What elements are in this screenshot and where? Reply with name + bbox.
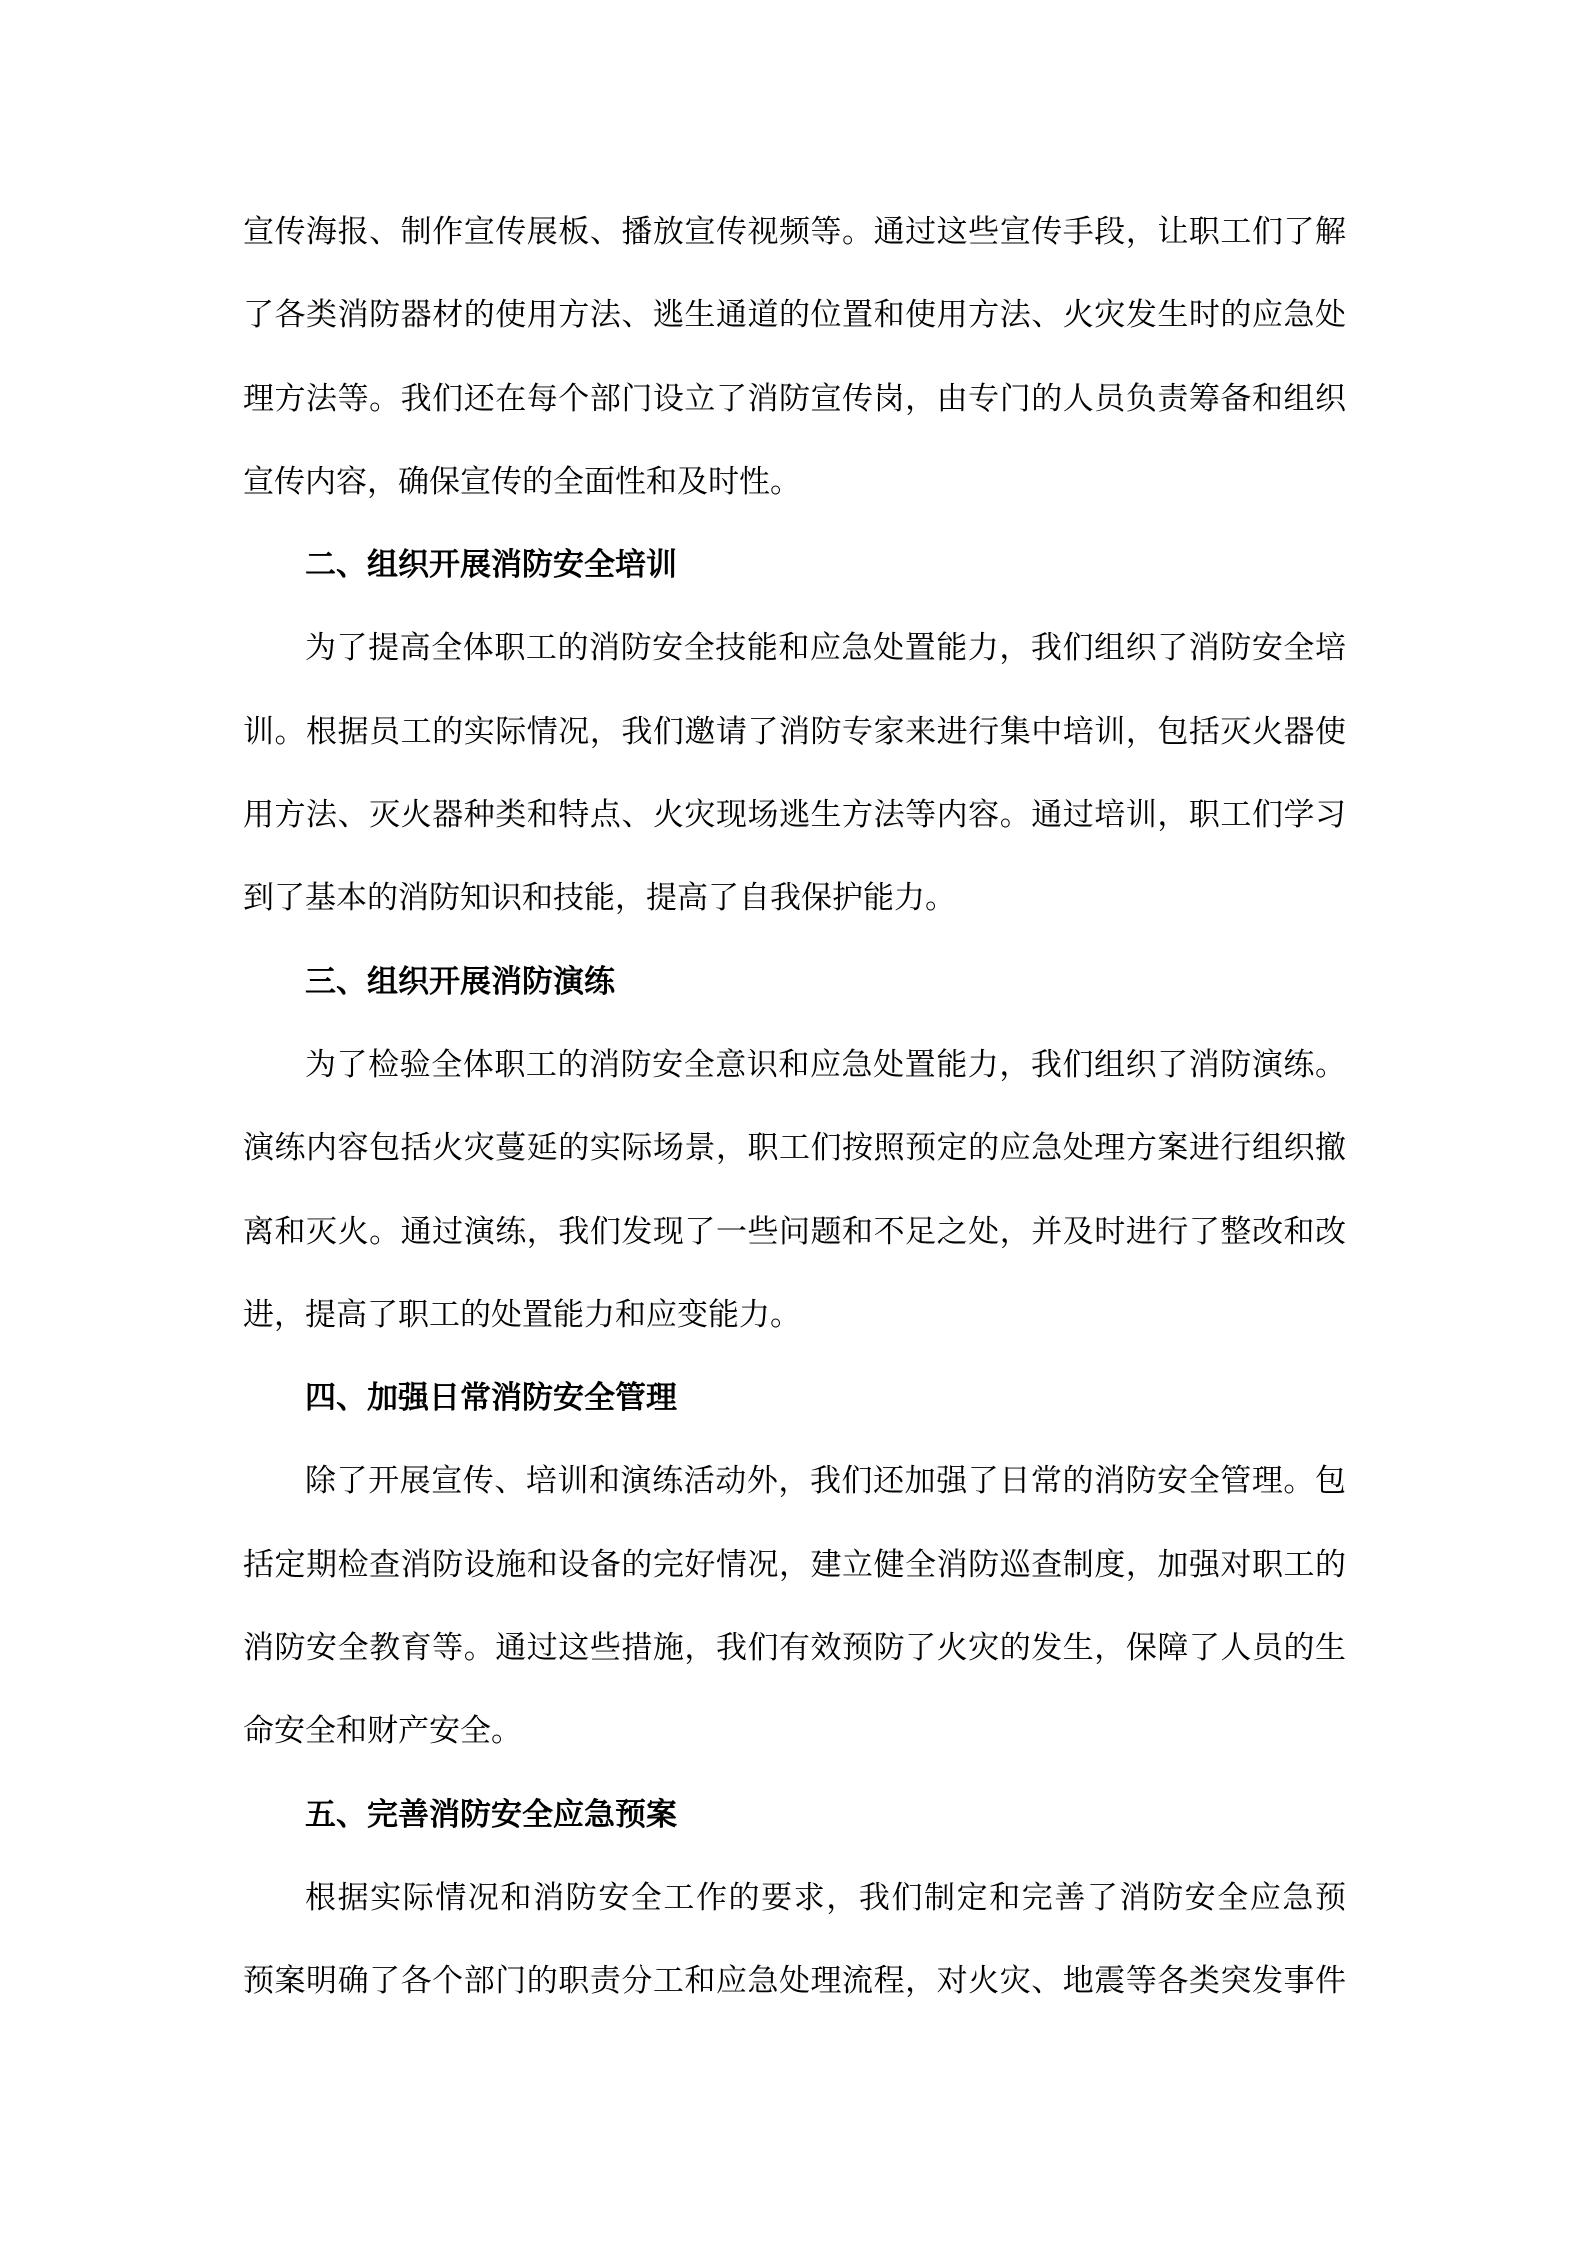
body-text-line: 为了检验全体职工的消防安全意识和应急处置能力，我们组织了消防演练。 bbox=[243, 1023, 1346, 1106]
body-text-line: 根据实际情况和消防安全工作的要求，我们制定和完善了消防安全应急预案。 bbox=[243, 1856, 1346, 1939]
document-text-block: 宣传海报、制作宣传展板、播放宣传视频等。通过这些宣传手段，让职工们了解 了各类消… bbox=[243, 190, 1346, 2023]
section-heading-5: 五、完善消防安全应急预案 bbox=[243, 1773, 1346, 1856]
body-text-line: 除了开展宣传、培训和演练活动外，我们还加强了日常的消防安全管理。包 bbox=[243, 1439, 1346, 1522]
document-page: 宣传海报、制作宣传展板、播放宣传视频等。通过这些宣传手段，让职工们了解 了各类消… bbox=[0, 0, 1587, 2245]
body-text-line: 命安全和财产安全。 bbox=[243, 1689, 1346, 1772]
body-text-line: 宣传内容，确保宣传的全面性和及时性。 bbox=[243, 440, 1346, 523]
body-text-line: 离和灭火。通过演练，我们发现了一些问题和不足之处，并及时进行了整改和改 bbox=[243, 1190, 1346, 1273]
body-text-line: 为了提高全体职工的消防安全技能和应急处置能力，我们组织了消防安全培 bbox=[243, 606, 1346, 689]
body-text-line: 训。根据员工的实际情况，我们邀请了消防专家来进行集中培训，包括灭火器使 bbox=[243, 690, 1346, 773]
body-text-line: 消防安全教育等。通过这些措施，我们有效预防了火灾的发生，保障了人员的生 bbox=[243, 1606, 1346, 1689]
body-text-line: 用方法、灭火器种类和特点、火灾现场逃生方法等内容。通过培训，职工们学习 bbox=[243, 773, 1346, 856]
section-heading-3: 三、组织开展消防演练 bbox=[243, 940, 1346, 1023]
body-text-line: 预案明确了各个部门的职责分工和应急处理流程，对火灾、地震等各类突发事件 bbox=[243, 1939, 1346, 2022]
body-text-line: 到了基本的消防知识和技能，提高了自我保护能力。 bbox=[243, 856, 1346, 939]
body-text-line: 括定期检查消防设施和设备的完好情况，建立健全消防巡查制度，加强对职工的 bbox=[243, 1523, 1346, 1606]
section-heading-2: 二、组织开展消防安全培训 bbox=[243, 523, 1346, 606]
body-text-line: 宣传海报、制作宣传展板、播放宣传视频等。通过这些宣传手段，让职工们了解 bbox=[243, 190, 1346, 273]
body-text-line: 演练内容包括火灾蔓延的实际场景，职工们按照预定的应急处理方案进行组织撤 bbox=[243, 1106, 1346, 1189]
body-text-line: 了各类消防器材的使用方法、逃生通道的位置和使用方法、火灾发生时的应急处 bbox=[243, 273, 1346, 356]
body-text-line: 理方法等。我们还在每个部门设立了消防宣传岗，由专门的人员负责筹备和组织 bbox=[243, 357, 1346, 440]
body-text-line: 进，提高了职工的处置能力和应变能力。 bbox=[243, 1273, 1346, 1356]
section-heading-4: 四、加强日常消防安全管理 bbox=[243, 1356, 1346, 1439]
